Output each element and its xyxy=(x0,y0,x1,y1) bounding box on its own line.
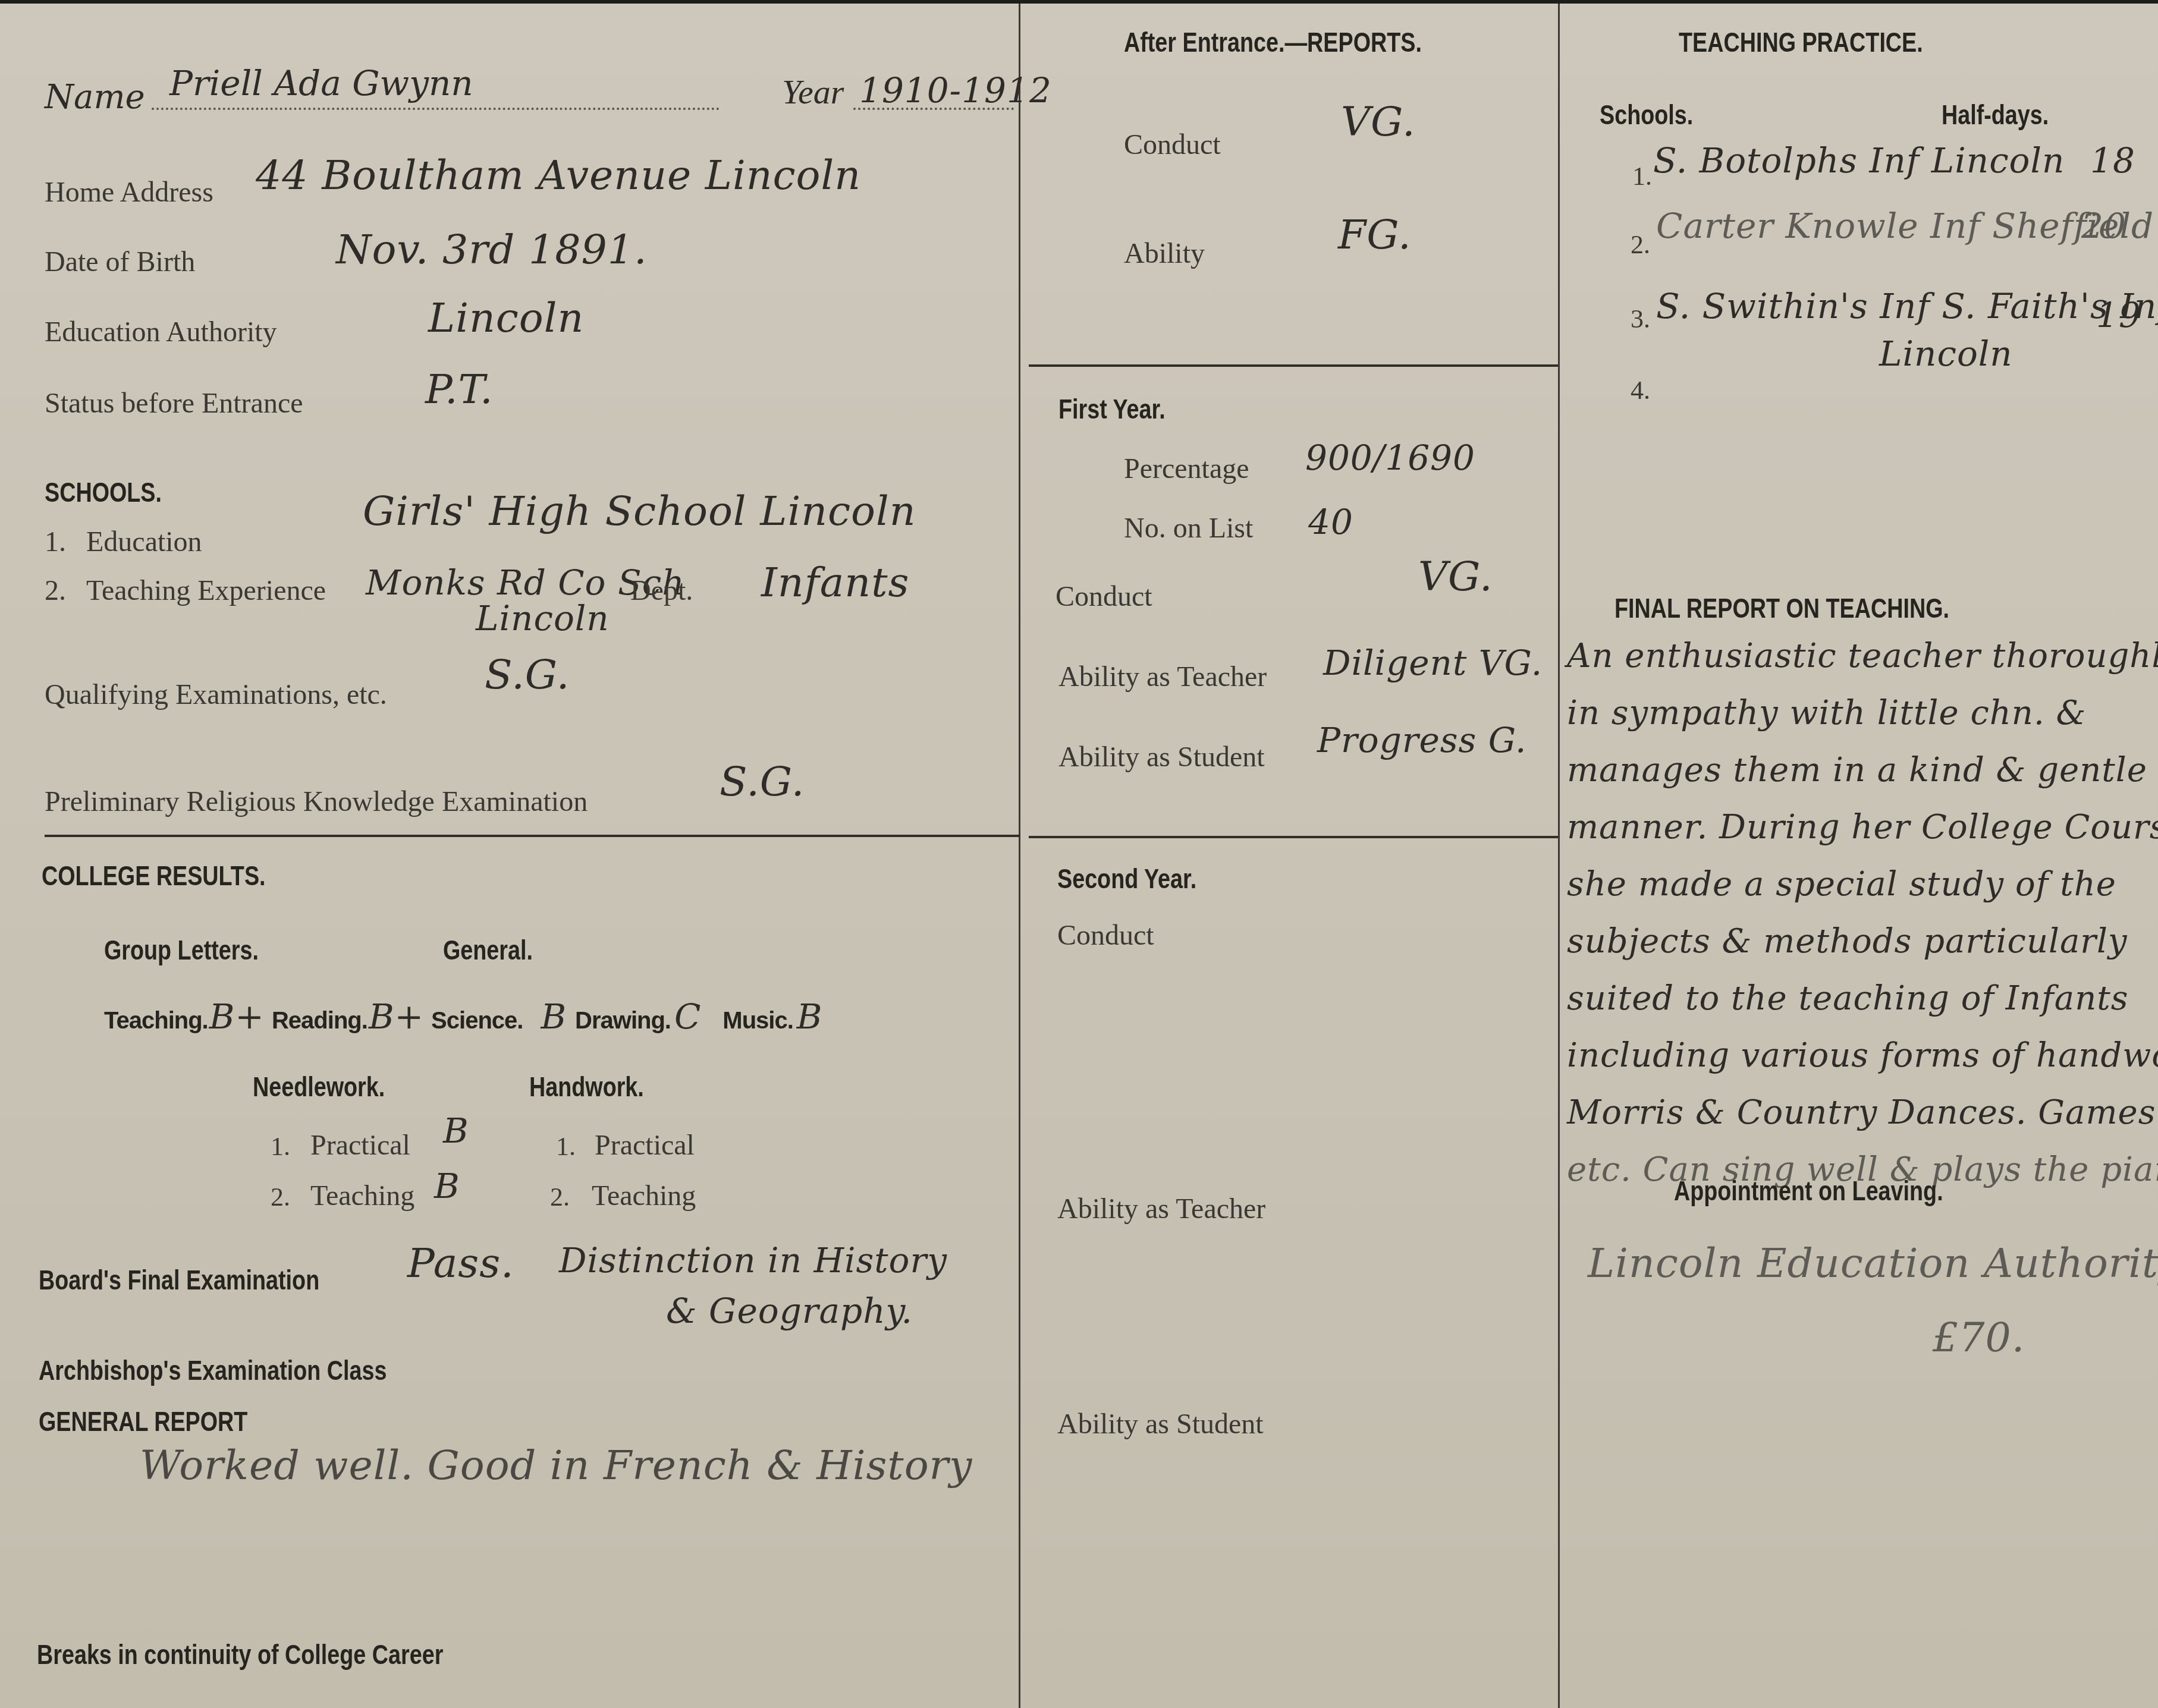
reports-ability-value: FG. xyxy=(1338,212,1412,259)
education-num: 1. xyxy=(45,526,66,558)
status-label: Status before Entrance xyxy=(45,387,303,420)
general-report-heading: GENERAL REPORT xyxy=(39,1405,247,1438)
first-year-list-value: 40 xyxy=(1308,502,1353,542)
subject-drawing-grade: C xyxy=(674,996,701,1037)
teaching-exp-label: Teaching Experience xyxy=(86,574,326,607)
first-year-teacher-value: Diligent VG. xyxy=(1323,643,1543,683)
first-year-teacher-label: Ability as Teacher xyxy=(1058,660,1267,693)
subject-reading-grade: B+ xyxy=(369,996,424,1037)
final-report-line: manages them in a kind & gentle xyxy=(1567,742,2158,799)
college-results-heading: COLLEGE RESULTS. xyxy=(42,860,266,892)
section-divider xyxy=(1029,836,1558,838)
final-report-line: Morris & Country Dances. Games xyxy=(1567,1084,2158,1141)
tp-entry-1-school: S. Botolphs Inf Lincoln xyxy=(1653,140,2065,181)
first-year-student-label: Ability as Student xyxy=(1058,741,1265,773)
general-label: General. xyxy=(443,934,533,966)
subject-grades-row: Teaching. B+ Reading. B+ Science. B Draw… xyxy=(104,996,822,1037)
first-year-percentage-label: Percentage xyxy=(1124,452,1249,485)
dept-label: Dept. xyxy=(630,574,693,607)
handwork-teaching-num: 2. xyxy=(550,1182,570,1212)
subject-science-label: Science. xyxy=(431,1008,523,1034)
teaching-exp-num: 2. xyxy=(45,574,66,607)
first-year-heading: First Year. xyxy=(1058,393,1166,425)
second-year-student-label: Ability as Student xyxy=(1057,1408,1264,1440)
dept-value: Infants xyxy=(761,559,909,606)
first-year-conduct-value: VG. xyxy=(1418,553,1493,600)
second-year-teacher-label: Ability as Teacher xyxy=(1057,1193,1265,1225)
boards-final-value: Pass. xyxy=(407,1240,514,1287)
needlework-teaching-grade: B xyxy=(434,1166,460,1206)
status-value: P.T. xyxy=(425,366,494,413)
final-report-line: subjects & methods particularly xyxy=(1567,913,2158,970)
handwork-practical-num: 1. xyxy=(556,1131,576,1162)
tp-entry-4-num: 4. xyxy=(1631,375,1650,405)
final-report-line: An enthusiastic teacher thoroughly xyxy=(1567,628,2158,685)
qualifying-label: Qualifying Examinations, etc. xyxy=(45,678,387,711)
subject-reading-label: Reading. xyxy=(272,1008,367,1034)
education-label: Education xyxy=(86,526,202,558)
first-year-conduct-label: Conduct xyxy=(1056,580,1152,613)
handwork-practical-label: Practical xyxy=(595,1129,695,1162)
year-value: 1910-1912 xyxy=(859,70,1052,111)
final-report-heading: FINAL REPORT ON TEACHING. xyxy=(1614,592,1949,624)
needlework-practical-num: 1. xyxy=(271,1131,290,1162)
qualifying-value: S.G. xyxy=(485,652,570,699)
boards-final-label: Board's Final Examination xyxy=(39,1264,319,1296)
teaching-exp-value-line2: Lincoln xyxy=(476,598,610,638)
second-year-heading: Second Year. xyxy=(1057,863,1196,895)
reports-heading: After Entrance.—REPORTS. xyxy=(1124,26,1422,58)
handwork-heading: Handwork. xyxy=(529,1071,644,1103)
subject-teaching-label: Teaching. xyxy=(104,1008,208,1034)
religious-label: Preliminary Religious Knowledge Examinat… xyxy=(45,785,588,818)
schools-heading: SCHOOLS. xyxy=(45,476,162,508)
year-label: Year xyxy=(782,72,844,112)
column-divider-left xyxy=(1019,4,1020,1708)
breaks-label: Breaks in continuity of College Career xyxy=(37,1638,443,1671)
home-address-value: 44 Boultham Avenue Lincoln xyxy=(256,152,861,199)
section-divider xyxy=(1029,364,1558,367)
subject-teaching-grade: B+ xyxy=(209,996,265,1037)
appointment-value-line2: £70. xyxy=(1933,1314,2025,1361)
name-value: Priell Ada Gwynn xyxy=(169,63,473,103)
final-report-line: in sympathy with little chn. & xyxy=(1567,685,2158,742)
needlework-practical-label: Practical xyxy=(310,1129,410,1162)
tp-entry-3-school-line2: Lincoln xyxy=(1879,334,2013,374)
edu-authority-value: Lincoln xyxy=(428,295,584,342)
tp-entry-3-halfdays: 19 xyxy=(2096,295,2141,335)
tp-entry-2-num: 2. xyxy=(1631,229,1650,260)
dob-value: Nov. 3rd 1891. xyxy=(336,227,648,273)
boards-final-note-line1: Distinction in History xyxy=(559,1240,947,1281)
subject-music-grade: B xyxy=(797,996,823,1037)
final-report-line: she made a special study of the xyxy=(1567,856,2158,913)
handwork-teaching-label: Teaching xyxy=(592,1179,696,1212)
education-value: Girls' High School Lincoln xyxy=(363,488,916,535)
appointment-value-line1: Lincoln Education Authority xyxy=(1588,1240,2158,1287)
subject-science-grade: B xyxy=(541,996,567,1037)
appointment-heading: Appointment on Leaving. xyxy=(1674,1175,1943,1207)
tp-entry-3-school: S. Swithin's Inf S. Faith's Inf xyxy=(1656,286,2158,326)
second-year-conduct-label: Conduct xyxy=(1057,919,1154,952)
archbishop-label: Archbishop's Examination Class xyxy=(39,1354,387,1386)
needlework-heading: Needlework. xyxy=(253,1071,385,1103)
group-letters-label: Group Letters. xyxy=(104,934,259,966)
subject-music-label: Music. xyxy=(723,1008,793,1034)
column-divider-right xyxy=(1558,4,1560,1708)
name-label: Name xyxy=(45,78,145,117)
subject-drawing-label: Drawing. xyxy=(575,1008,671,1034)
first-year-percentage-value: 900/1690 xyxy=(1305,438,1475,478)
final-report-line: suited to the teaching of Infants xyxy=(1567,970,2158,1027)
reports-conduct-label: Conduct xyxy=(1124,128,1221,161)
tp-entry-2-halfdays: 20 xyxy=(2081,206,2126,246)
tp-entry-2-school: Carter Knowle Inf Sheffield xyxy=(1656,206,2154,246)
section-divider xyxy=(45,835,1020,837)
tp-halfdays-label: Half-days. xyxy=(1942,99,2049,131)
edu-authority-label: Education Authority xyxy=(45,316,277,348)
first-year-student-value: Progress G. xyxy=(1317,720,1527,760)
final-report-text: An enthusiastic teacher thoroughly in sy… xyxy=(1567,628,2158,1199)
needlework-teaching-num: 2. xyxy=(271,1182,290,1212)
final-report-line: including various forms of handwork xyxy=(1567,1027,2158,1084)
home-address-label: Home Address xyxy=(45,176,213,209)
general-report-value: Worked well. Good in French & History xyxy=(140,1442,973,1489)
needlework-practical-grade: B xyxy=(443,1111,469,1151)
needlework-teaching-label: Teaching xyxy=(310,1179,414,1212)
first-year-list-label: No. on List xyxy=(1124,512,1253,545)
dob-label: Date of Birth xyxy=(45,246,195,278)
tp-entry-1-halfdays: 18 xyxy=(2090,140,2135,181)
reports-conduct-value: VG. xyxy=(1341,99,1416,146)
religious-value: S.G. xyxy=(720,759,805,806)
name-dotted-line xyxy=(152,108,720,110)
record-card: Name Priell Ada Gwynn Year 1910-1912 Hom… xyxy=(0,4,2158,1708)
tp-entry-3-num: 3. xyxy=(1631,304,1650,334)
boards-final-note-line2: & Geography. xyxy=(666,1291,913,1331)
teaching-practice-heading: TEACHING PRACTICE. xyxy=(1679,26,1923,58)
tp-schools-label: Schools. xyxy=(1600,99,1693,131)
reports-ability-label: Ability xyxy=(1124,237,1205,270)
tp-entry-1-num: 1. xyxy=(1632,161,1652,191)
final-report-line: manner. During her College Course xyxy=(1567,799,2158,856)
